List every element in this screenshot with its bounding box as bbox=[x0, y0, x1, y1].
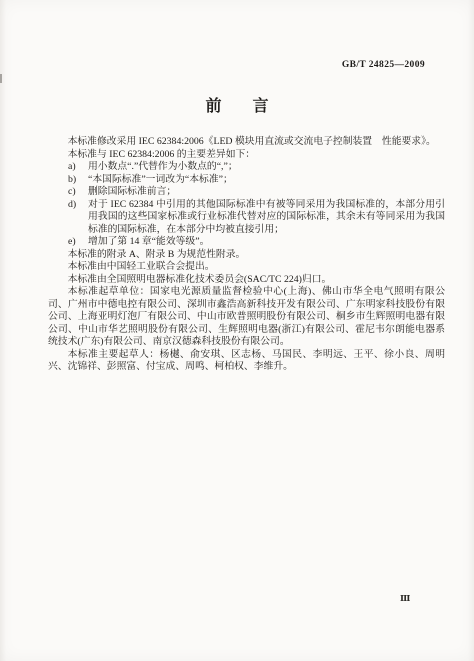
list-item-text: “本国际标准”一词改为“本标准”； bbox=[88, 174, 445, 187]
list-item-label: e) bbox=[68, 236, 88, 249]
list-item-label: a) bbox=[68, 161, 88, 174]
foreword-body: 本标准修改采用 IEC 62384:2006《LED 模块用直流或交流电子控制装… bbox=[48, 136, 445, 374]
list-item-label: c) bbox=[68, 186, 88, 199]
drafting-organizations-paragraph: 本标准起草单位：国家电光源质量监督检验中心(上海)、佛山市华全电气照明有限公司、… bbox=[48, 286, 445, 349]
foreword-paragraph: 本标准的附录 A、附录 B 为规范性附录。 bbox=[48, 249, 445, 262]
standard-number: GB/T 24825—2009 bbox=[342, 60, 425, 70]
foreword-paragraph: 本标准修改采用 IEC 62384:2006《LED 模块用直流或交流电子控制装… bbox=[48, 136, 445, 149]
page-title: 前言 bbox=[0, 93, 474, 116]
list-item: c) 删除国际标准前言； bbox=[68, 186, 445, 199]
list-item-text: 增加了第 14 章“能效等级”。 bbox=[88, 236, 445, 249]
list-item: b) “本国际标准”一词改为“本标准”； bbox=[68, 174, 445, 187]
foreword-paragraph: 本标准由全国照明电器标准化技术委员会(SAC/TC 224)归口。 bbox=[48, 274, 445, 287]
difference-list: a) 用小数点“.”代替作为小数点的“,”； b) “本国际标准”一词改为“本标… bbox=[48, 161, 445, 249]
list-item-label: d) bbox=[68, 199, 88, 237]
list-item-text: 用小数点“.”代替作为小数点的“,”； bbox=[88, 161, 445, 174]
foreword-paragraph: 本标准与 IEC 62384:2006 的主要差异如下： bbox=[48, 149, 445, 162]
list-item: d) 对于 IEC 62384 中引用的其他国际标准中有被等同采用为我国标准的，… bbox=[68, 199, 445, 237]
drafters-paragraph: 本标准主要起草人：杨樾、俞安琪、区志杨、马国民、李明远、王平、徐小良、周明兴、沈… bbox=[48, 349, 445, 374]
list-item: e) 增加了第 14 章“能效等级”。 bbox=[68, 236, 445, 249]
document-page: GB/T 24825—2009 前言 本标准修改采用 IEC 62384:200… bbox=[0, 0, 474, 661]
list-item-text: 对于 IEC 62384 中引用的其他国际标准中有被等同采用为我国标准的，本部分… bbox=[88, 199, 445, 237]
list-item: a) 用小数点“.”代替作为小数点的“,”； bbox=[68, 161, 445, 174]
scan-artifact bbox=[0, 74, 2, 83]
page-number: Ⅲ bbox=[400, 593, 410, 604]
list-item-text: 删除国际标准前言； bbox=[88, 186, 445, 199]
foreword-paragraph: 本标准由中国轻工业联合会提出。 bbox=[48, 261, 445, 274]
list-item-label: b) bbox=[68, 174, 88, 187]
